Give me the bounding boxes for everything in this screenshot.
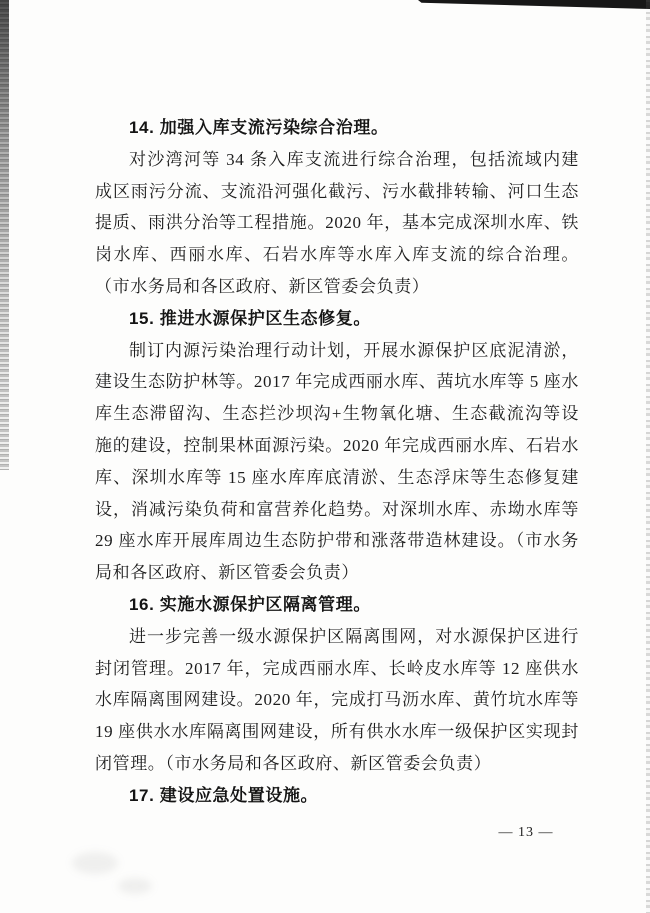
section-14-paragraph: 对沙湾河等 34 条入库支流进行综合治理，包括流域内建成区雨污分流、支流沿河强化… bbox=[95, 144, 579, 303]
scan-smudge bbox=[118, 878, 152, 894]
scanned-document-page: 14. 加强入库支流污染综合治理。 对沙湾河等 34 条入库支流进行综合治理，包… bbox=[0, 0, 650, 913]
section-15-paragraph: 制订内源污染治理行动计划，开展水源保护区底泥清淤，建设生态防护林等。2017 年… bbox=[95, 335, 579, 589]
scan-left-edge-artifact bbox=[0, 0, 9, 470]
scan-right-edge-artifact bbox=[646, 0, 650, 913]
scan-smudge bbox=[72, 852, 118, 874]
section-16-heading: 16. 实施水源保护区隔离管理。 bbox=[95, 589, 579, 621]
section-16-paragraph: 进一步完善一级水源保护区隔离围网，对水源保护区进行封闭管理。2017 年，完成西… bbox=[95, 621, 579, 780]
section-14-heading: 14. 加强入库支流污染综合治理。 bbox=[95, 112, 579, 144]
page-number: — 13 — bbox=[486, 825, 566, 841]
scan-top-right-edge-artifact bbox=[418, 0, 650, 10]
section-17-heading: 17. 建设应急处置设施。 bbox=[95, 780, 579, 812]
section-15-heading: 15. 推进水源保护区生态修复。 bbox=[95, 303, 579, 335]
document-content: 14. 加强入库支流污染综合治理。 对沙湾河等 34 条入库支流进行综合治理，包… bbox=[95, 112, 579, 812]
